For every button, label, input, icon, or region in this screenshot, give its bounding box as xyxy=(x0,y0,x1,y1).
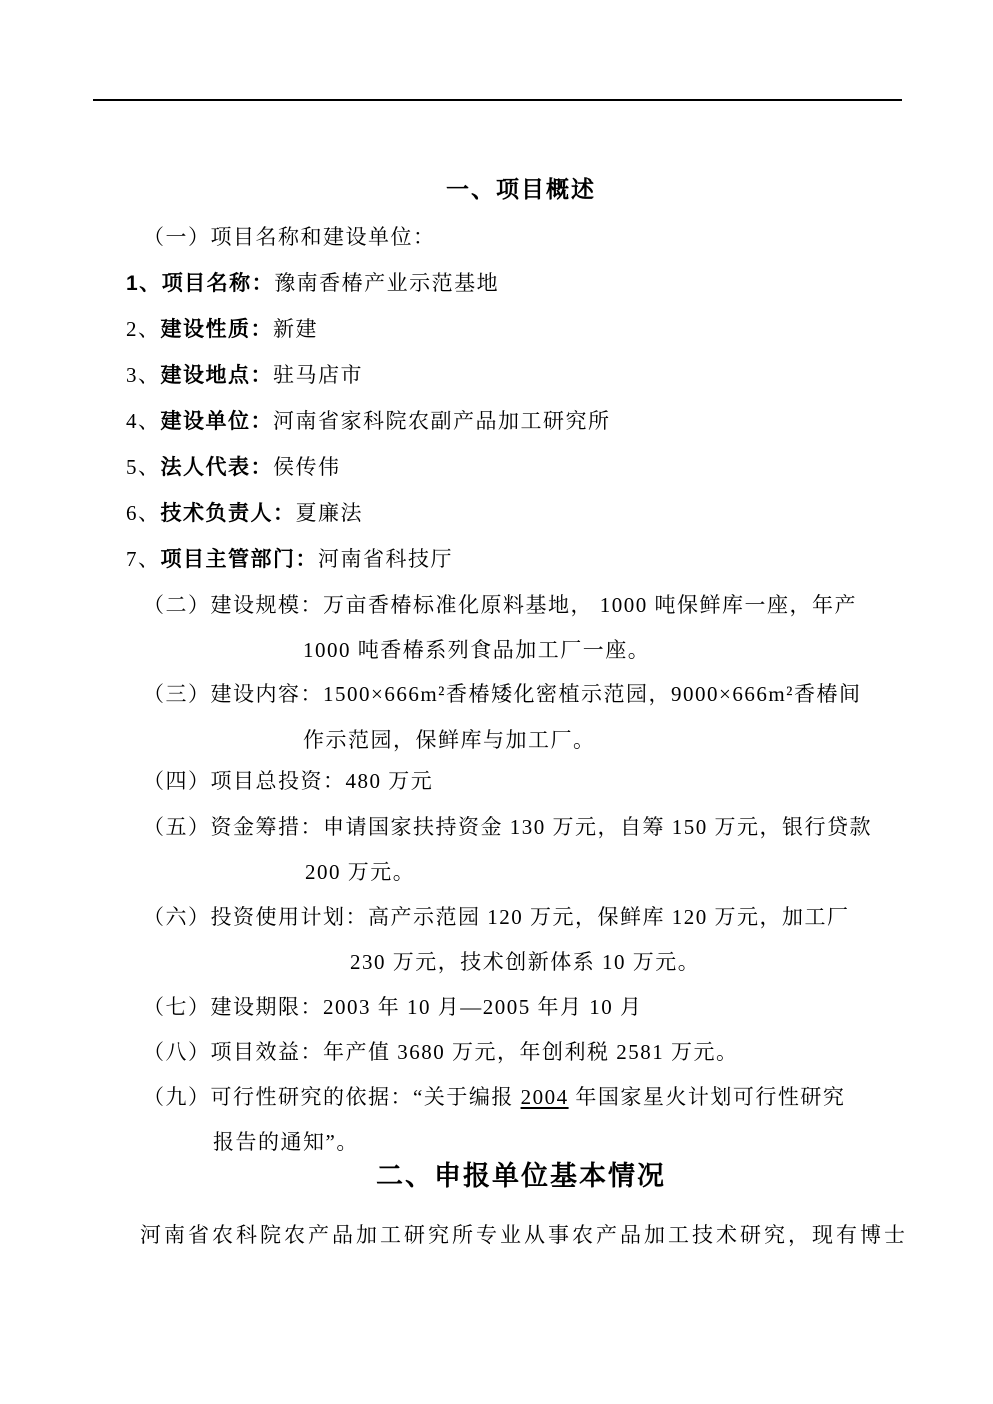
item-4: 4、建设单位：河南省家科院农副产品加工研究所 xyxy=(126,408,611,435)
item-2-number: 2、 xyxy=(126,317,161,341)
item-f-label: 投资使用计划： xyxy=(211,905,369,929)
item-b: （二）建设规模：万亩香椿标准化原料基地， 1000 吨保鲜库一座，年产 xyxy=(143,592,857,618)
item-3-number: 3、 xyxy=(126,363,161,387)
item-5-label: 法人代表： xyxy=(161,456,274,479)
item-c-label: 建设内容： xyxy=(211,682,324,706)
item-b-continuation: 1000 吨香椿系列食品加工厂一座。 xyxy=(303,637,650,663)
item-5-number: 5、 xyxy=(126,455,161,479)
item-6-number: 6、 xyxy=(126,501,161,525)
item-h: （八）项目效益：年产值 3680 万元，年创利税 2581 万元。 xyxy=(143,1039,739,1065)
item-3: 3、建设地点：驻马店市 xyxy=(126,362,363,389)
section1-title: 一、项目概述 xyxy=(140,175,902,204)
item-g-text: 2003 年 10 月—2005 年月 10 月 xyxy=(323,995,643,1019)
section2-paragraph: 河南省农科院农产品加工研究所专业从事农产品加工技术研究，现有博士 xyxy=(140,1222,908,1248)
item-d-number: （四） xyxy=(143,769,211,793)
item-7: 7、项目主管部门：河南省科技厅 xyxy=(126,546,453,573)
document-page: { "overview": { "title": "一、项目概述", "item… xyxy=(0,0,993,1404)
item-e-label: 资金筹措： xyxy=(211,815,324,839)
item-1-label: 项目名称： xyxy=(162,272,275,295)
item-g-label: 建设期限： xyxy=(211,995,324,1019)
item-i-label: 可行性研究的依据： xyxy=(211,1085,414,1109)
item-a-number: （一） xyxy=(143,225,211,249)
item-f-continuation: 230 万元，技术创新体系 10 万元。 xyxy=(350,949,700,975)
item-3-value: 驻马店市 xyxy=(273,363,363,387)
item-6-label: 技术负责人： xyxy=(161,502,296,525)
item-6: 6、技术负责人：夏廉法 xyxy=(126,500,363,527)
item-f-number: （六） xyxy=(143,905,211,929)
item-g: （七）建设期限：2003 年 10 月—2005 年月 10 月 xyxy=(143,994,643,1020)
item-2: 2、建设性质：新建 xyxy=(126,316,318,343)
item-e: （五）资金筹措：申请国家扶持资金 130 万元，自筹 150 万元，银行贷款 xyxy=(143,814,872,840)
item-c-continuation: 作示范园，保鲜库与加工厂。 xyxy=(303,727,596,753)
item-b-number: （二） xyxy=(143,593,211,617)
item-i-text-suffix: 年国家星火计划可行性研究 xyxy=(569,1085,846,1109)
item-i-underlined-year: 2004 xyxy=(521,1085,569,1109)
item-h-label: 项目效益： xyxy=(211,1040,324,1064)
item-i-text-prefix: “关于编报 xyxy=(413,1085,521,1109)
item-c: （三）建设内容：1500×666m²香椿矮化密植示范园，9000×666m²香椿… xyxy=(143,681,861,707)
section2-title: 二、申报单位基本情况 xyxy=(140,1160,902,1194)
item-i: （九）可行性研究的依据：“关于编报 2004 年国家星火计划可行性研究 xyxy=(143,1084,845,1110)
item-7-label: 项目主管部门： xyxy=(161,548,319,571)
item-5-value: 侯传伟 xyxy=(273,455,341,479)
item-h-number: （八） xyxy=(143,1040,211,1064)
item-5: 5、法人代表：侯传伟 xyxy=(126,454,341,481)
item-e-text: 申请国家扶持资金 130 万元，自筹 150 万元，银行贷款 xyxy=(323,815,872,839)
item-e-continuation: 200 万元。 xyxy=(305,859,415,885)
item-4-number: 4、 xyxy=(126,409,161,433)
item-b-text: 万亩香椿标准化原料基地， 1000 吨保鲜库一座，年产 xyxy=(323,593,857,617)
item-6-value: 夏廉法 xyxy=(296,501,364,525)
item-f-text: 高产示范园 120 万元，保鲜库 120 万元，加工厂 xyxy=(368,905,850,929)
item-3-label: 建设地点： xyxy=(161,364,274,387)
item-e-number: （五） xyxy=(143,815,211,839)
item-a: （一）项目名称和建设单位： xyxy=(143,224,436,250)
item-1-value: 豫南香椿产业示范基地 xyxy=(274,271,499,295)
item-4-value: 河南省家科院农副产品加工研究所 xyxy=(273,409,611,433)
item-d-text: 480 万元 xyxy=(346,769,434,793)
page-header-rule xyxy=(93,99,902,101)
item-d-label: 项目总投资： xyxy=(211,769,346,793)
item-2-label: 建设性质： xyxy=(161,318,274,341)
item-h-text: 年产值 3680 万元，年创利税 2581 万元。 xyxy=(323,1040,739,1064)
item-7-value: 河南省科技厅 xyxy=(318,547,453,571)
item-1-number: 1、 xyxy=(126,272,162,295)
item-g-number: （七） xyxy=(143,995,211,1019)
item-c-number: （三） xyxy=(143,682,211,706)
item-c-text: 1500×666m²香椿矮化密植示范园，9000×666m²香椿间 xyxy=(323,682,861,706)
item-i-continuation: 报告的通知”。 xyxy=(213,1129,359,1155)
item-7-number: 7、 xyxy=(126,547,161,571)
item-a-label: 项目名称和建设单位： xyxy=(211,225,436,249)
item-2-value: 新建 xyxy=(273,317,318,341)
item-b-label: 建设规模： xyxy=(211,593,324,617)
item-1: 1、项目名称：豫南香椿产业示范基地 xyxy=(126,270,499,297)
item-i-number: （九） xyxy=(143,1085,211,1109)
item-4-label: 建设单位： xyxy=(161,410,274,433)
item-f: （六）投资使用计划：高产示范园 120 万元，保鲜库 120 万元，加工厂 xyxy=(143,904,850,930)
item-d: （四）项目总投资：480 万元 xyxy=(143,768,433,794)
